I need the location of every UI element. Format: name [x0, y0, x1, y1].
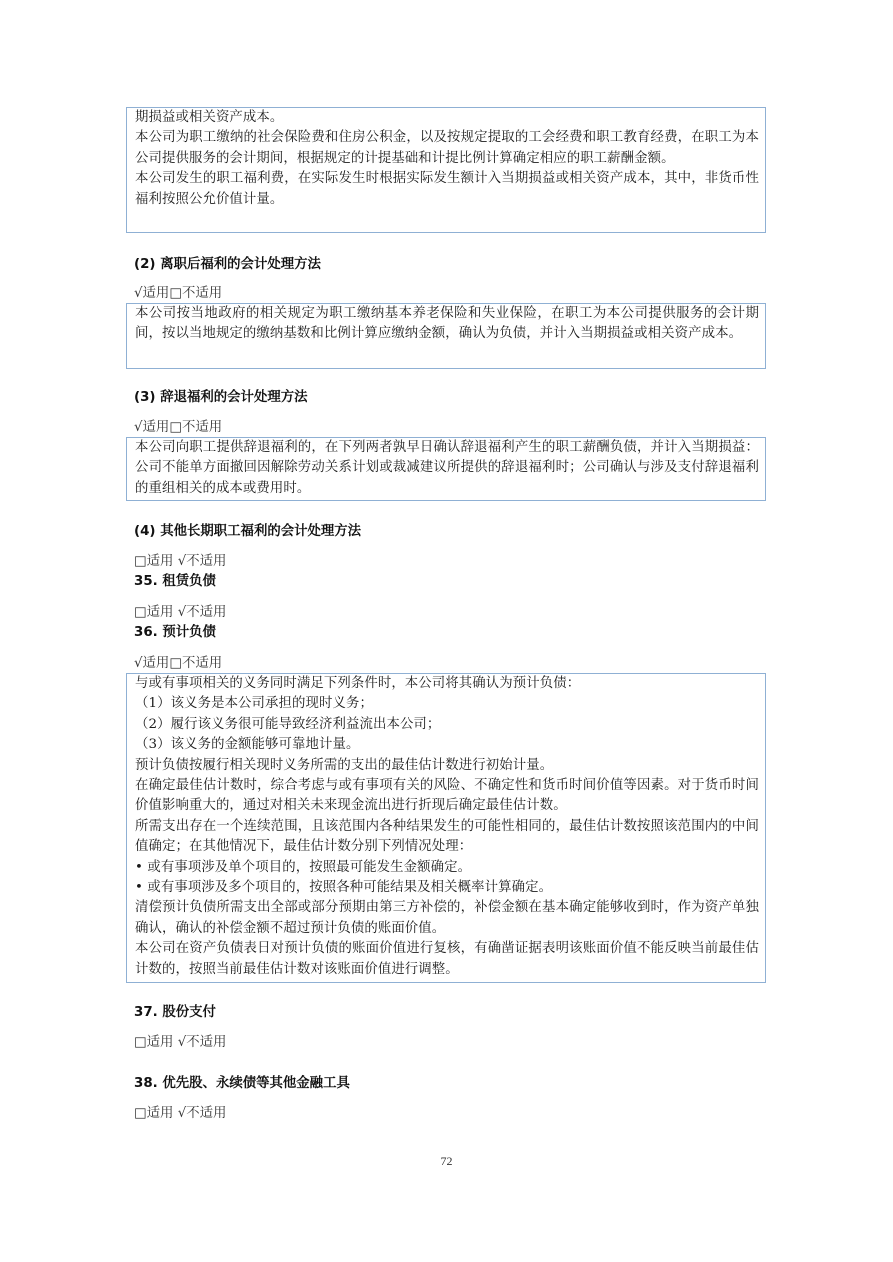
applicability-status: □适用 √不适用	[134, 1105, 226, 1123]
provisions-box: 与或有事项相关的义务同时满足下列条件时，本公司将其确认为预计负债： （1）该义务…	[126, 673, 766, 983]
paragraph: 本公司在资产负债表日对预计负债的账面价值进行复核，有确凿证据表明该账面价值不能反…	[135, 939, 759, 980]
paragraph: （1）该义务是本公司承担的现时义务；	[135, 694, 759, 714]
paragraph: 本公司发生的职工福利费，在实际发生时根据实际发生额计入当期损益或相关资产成本，其…	[135, 169, 759, 210]
section-heading-other-financial-instruments: 38. 优先股、永续债等其他金融工具	[134, 1075, 350, 1093]
document-page: 期损益或相关资产成本。 本公司为职工缴纳的社会保险费和住房公积金，以及按规定提取…	[0, 0, 893, 1262]
section-heading-provisions: 36. 预计负债	[134, 624, 216, 642]
paragraph: 本公司按当地政府的相关规定为职工缴纳基本养老保险和失业保险，在职工为本公司提供服…	[135, 304, 759, 345]
applicability-status: √适用□不适用	[134, 419, 222, 437]
paragraph: 清偿预计负债所需支出全部或部分预期由第三方补偿的，补偿金额在基本确定能够收到时，…	[135, 898, 759, 939]
paragraph: 期损益或相关资产成本。	[135, 108, 759, 128]
paragraph: 与或有事项相关的义务同时满足下列条件时，本公司将其确认为预计负债：	[135, 674, 759, 694]
paragraph: 本公司向职工提供辞退福利的，在下列两者孰早日确认辞退福利产生的职工薪酬负债，并计…	[135, 438, 759, 499]
applicability-status: □适用 √不适用	[134, 604, 226, 622]
termination-box: 本公司向职工提供辞退福利的，在下列两者孰早日确认辞退福利产生的职工薪酬负债，并计…	[126, 437, 766, 501]
applicability-status: □适用 √不适用	[134, 1034, 226, 1052]
applicability-status: √适用□不适用	[134, 285, 222, 303]
applicability-status: □适用 √不适用	[134, 553, 226, 571]
paragraph: 预计负债按履行相关现时义务所需的支出的最佳估计数进行初始计量。	[135, 756, 759, 776]
paragraph: （3）该义务的金额能够可靠地计量。	[135, 735, 759, 755]
section-heading-post-employment: (2) 离职后福利的会计处理方法	[134, 256, 321, 274]
post-employment-box: 本公司按当地政府的相关规定为职工缴纳基本养老保险和失业保险，在职工为本公司提供服…	[126, 303, 766, 369]
page-number: 72	[0, 1154, 893, 1169]
short-term-benefits-box: 期损益或相关资产成本。 本公司为职工缴纳的社会保险费和住房公积金，以及按规定提取…	[126, 107, 766, 233]
bullet-item: • 或有事项涉及多个项目的，按照各种可能结果及相关概率计算确定。	[135, 878, 759, 898]
paragraph: 在确定最佳估计数时，综合考虑与或有事项有关的风险、不确定性和货币时间价值等因素。…	[135, 776, 759, 817]
paragraph: （2）履行该义务很可能导致经济利益流出本公司；	[135, 715, 759, 735]
section-heading-lease-liabilities: 35. 租赁负债	[134, 573, 216, 591]
paragraph: 本公司为职工缴纳的社会保险费和住房公积金，以及按规定提取的工会经费和职工教育经费…	[135, 128, 759, 169]
section-heading-other-long-term: (4) 其他长期职工福利的会计处理方法	[134, 523, 361, 541]
paragraph: 所需支出存在一个连续范围，且该范围内各种结果发生的可能性相同的，最佳估计数按照该…	[135, 817, 759, 858]
bullet-item: • 或有事项涉及单个项目的，按照最可能发生金额确定。	[135, 858, 759, 878]
section-heading-termination: (3) 辞退福利的会计处理方法	[134, 389, 308, 407]
applicability-status: √适用□不适用	[134, 655, 222, 673]
section-heading-share-based-payment: 37. 股份支付	[134, 1004, 216, 1022]
